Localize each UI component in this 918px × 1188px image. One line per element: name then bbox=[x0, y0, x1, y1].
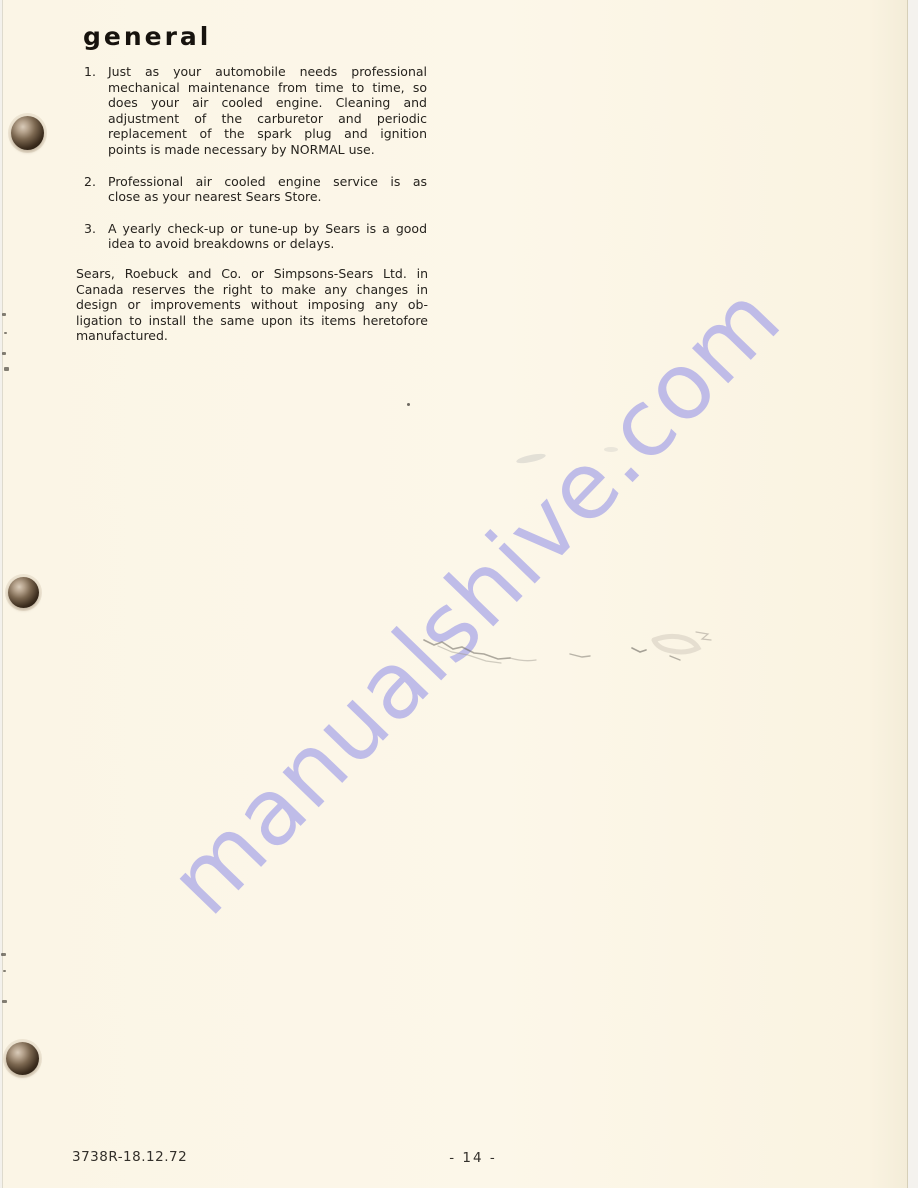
text-line: points is made necessary by NORMAL use. bbox=[108, 142, 427, 158]
binding-hole-icon bbox=[6, 1042, 39, 1075]
text-line: Professional air cooled engine service i… bbox=[108, 174, 427, 190]
text-line: Sears, Roebuck and Co. or Simpsons-Sears… bbox=[76, 266, 428, 282]
text-line: idea to avoid breakdowns or delays. bbox=[108, 236, 427, 252]
page-title: general bbox=[83, 22, 211, 51]
text-line: ligation to install the same upon its it… bbox=[76, 313, 428, 329]
list-item-text: Professional air cooled engine service i… bbox=[108, 174, 427, 205]
text-line: A yearly check-up or tune-up by Sears is… bbox=[108, 221, 427, 237]
list-item-text: A yearly check-up or tune-up by Sears is… bbox=[108, 221, 427, 252]
binding-hole-icon bbox=[11, 116, 44, 150]
list-item-number: 1. bbox=[84, 64, 96, 79]
text-line: does your air cooled engine. Cleaning an… bbox=[108, 95, 427, 111]
list-item-number: 2. bbox=[84, 174, 96, 189]
text-line: Canada reserves the right to make any ch… bbox=[76, 282, 428, 298]
numbered-list: 1. Just as your automobile needs profess… bbox=[84, 64, 427, 268]
scan-margin bbox=[908, 0, 918, 1188]
page-number: - 14 - bbox=[3, 1150, 918, 1166]
notice-paragraph: Sears, Roebuck and Co. or Simpsons-Sears… bbox=[76, 266, 428, 344]
text-line: Just as your automobile needs profession… bbox=[108, 64, 427, 80]
binding-hole-icon bbox=[8, 577, 39, 608]
text-line: design or improvements without imposing … bbox=[76, 297, 428, 313]
text-line: manufactured. bbox=[76, 328, 428, 344]
list-item: 3. A yearly check-up or tune-up by Sears… bbox=[84, 221, 427, 252]
list-item: 2. Professional air cooled engine servic… bbox=[84, 174, 427, 205]
text-line: replacement of the spark plug and igniti… bbox=[108, 126, 427, 142]
text-line: close as your nearest Sears Store. bbox=[108, 189, 427, 205]
scanned-page: general 1. Just as your automobile needs… bbox=[2, 0, 909, 1188]
text-line: adjustment of the carburetor and periodi… bbox=[108, 111, 427, 127]
list-item: 1. Just as your automobile needs profess… bbox=[84, 64, 427, 158]
list-item-text: Just as your automobile needs profession… bbox=[108, 64, 427, 158]
list-item-number: 3. bbox=[84, 221, 96, 236]
text-line: mechanical maintenance from time to time… bbox=[108, 80, 427, 96]
